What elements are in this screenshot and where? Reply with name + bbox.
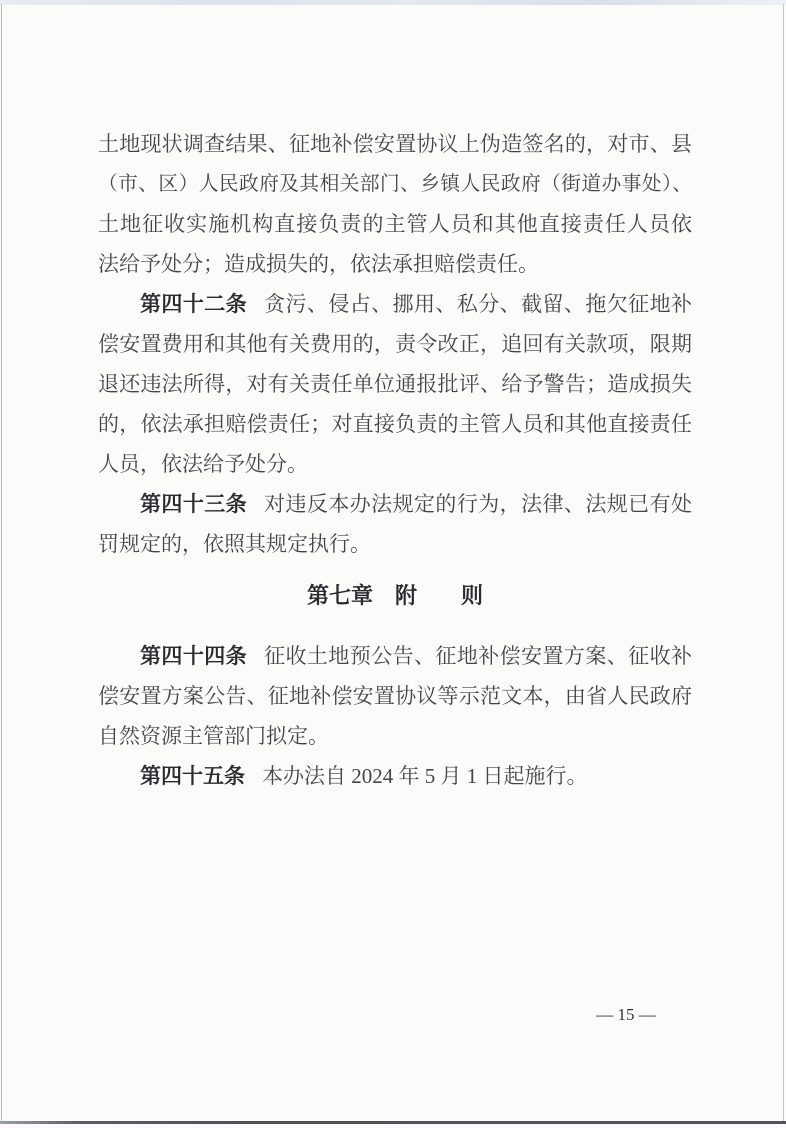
scan-top-edge [0,0,786,5]
chapter-heading: 第七章 附 则 [98,576,692,616]
text-line: 人员，依法给予处分。 [98,444,692,484]
text-line: 偿安置方案公告、征地补偿安置协议等示范文本，由省人民政府 [98,676,692,716]
paragraph-article-45: 第四十五条本办法自 2024 年 5 月 1 日起施行。 [98,756,692,796]
scanned-document-page: 土地现状调查结果、征地补偿安置协议上伪造签名的，对市、县 （市、区）人民政府及其… [0,0,786,1128]
article-number: 第四十二条 [140,292,247,316]
text-line: 偿安置费用和其他有关费用的，责令改正，追回有关款项，限期 [98,324,692,364]
paragraph-continuation: 土地现状调查结果、征地补偿安置协议上伪造签名的，对市、县 （市、区）人民政府及其… [98,124,692,284]
article-number: 第四十五条 [140,764,245,788]
scan-left-edge [1,4,2,1124]
text-line: 土地现状调查结果、征地补偿安置协议上伪造签名的，对市、县 [98,124,692,164]
scan-right-edge [783,4,784,1124]
document-body: 土地现状调查结果、征地补偿安置协议上伪造签名的，对市、县 （市、区）人民政府及其… [98,124,692,796]
article-first-line-text: 征收土地预公告、征地补偿安置方案、征收补 [264,644,692,668]
text-line: 的，依法承担赔偿责任；对直接负责的主管人员和其他直接责任 [98,404,692,444]
article-first-line-text: 本办法自 2024 年 5 月 1 日起施行。 [262,764,588,788]
paragraph-article-42: 第四十二条贪污、侵占、挪用、私分、截留、拖欠征地补 偿安置费用和其他有关费用的，… [98,284,692,484]
text-line: 第四十二条贪污、侵占、挪用、私分、截留、拖欠征地补 [98,284,692,324]
text-line: 自然资源主管部门拟定。 [98,716,692,756]
text-line: 罚规定的，依照其规定执行。 [98,524,692,564]
article-first-line-text: 贪污、侵占、挪用、私分、截留、拖欠征地补 [264,292,692,316]
scan-bottom-edge [0,1121,786,1124]
text-line: 土地征收实施机构直接负责的主管人员和其他直接责任人员依 [98,204,692,244]
text-line: 退还违法所得，对有关责任单位通报批评、给予警告；造成损失 [98,364,692,404]
paragraph-article-43: 第四十三条对违反本办法规定的行为，法律、法规已有处 罚规定的，依照其规定执行。 [98,484,692,564]
text-line: 第四十四条征收土地预公告、征地补偿安置方案、征收补 [98,636,692,676]
article-number: 第四十四条 [140,644,247,668]
page-number: — 15 — [560,1002,692,1028]
article-number: 第四十三条 [140,492,247,516]
text-line: 法给予处分；造成损失的，依法承担赔偿责任。 [98,244,692,284]
text-line: 第四十三条对违反本办法规定的行为，法律、法规已有处 [98,484,692,524]
text-line: 第四十五条本办法自 2024 年 5 月 1 日起施行。 [98,756,692,796]
paragraph-article-44: 第四十四条征收土地预公告、征地补偿安置方案、征收补 偿安置方案公告、征地补偿安置… [98,636,692,756]
text-line: （市、区）人民政府及其相关部门、乡镇人民政府（街道办事处）、 [98,164,692,204]
article-first-line-text: 对违反本办法规定的行为，法律、法规已有处 [264,492,692,516]
